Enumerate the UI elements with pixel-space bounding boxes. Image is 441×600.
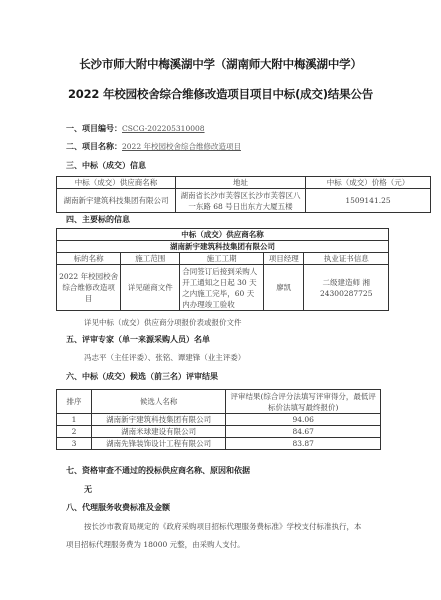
table-header-cell: 排序	[57, 390, 92, 414]
supplier-header-cell: 中标（成交）供应商名称	[57, 229, 389, 241]
table-header-cell: 候选人名称	[91, 390, 226, 414]
project-manager-cell: 廖凯	[264, 265, 304, 311]
section-project-name: 二、项目名称：2022 年校园校舍综合维修改造项目	[66, 141, 241, 152]
rank-cell: 2	[57, 426, 92, 438]
certificate-info-cell: 二级建造师 湘 24300287725	[304, 265, 389, 311]
table-row: 1 湖南新宇建筑科技集团有限公司 94.06	[57, 414, 381, 426]
construction-scope-cell: 详见磋商文件	[121, 265, 180, 311]
project-name-label: 二、项目名称：	[66, 142, 122, 151]
candidate-name-cell: 湖南新宇建筑科技集团有限公司	[91, 414, 226, 426]
table-header-cell: 中标（成交）价格（元）	[306, 177, 431, 189]
rank-cell: 3	[57, 438, 92, 450]
document-title-line2: 2022 年校园校舍综合维修改造项目项目中标(成交)结果公告	[0, 86, 441, 102]
winner-price-cell: 1509141.25	[306, 189, 431, 213]
section-3-heading: 三、中标（成交）信息	[66, 160, 146, 171]
project-name-value: 2022 年校园校舍综合维修改造项目	[122, 142, 241, 151]
table-header-cell: 施工工期	[180, 253, 264, 265]
section-5-heading: 五、评审专家（单一来源采购人员）名单	[66, 334, 210, 345]
project-number-label: 一、项目编号：	[66, 124, 122, 133]
score-cell: 83.87	[226, 438, 381, 450]
project-number-value: CSCG-202205310008	[122, 124, 205, 133]
table-header-cell: 施工范围	[121, 253, 180, 265]
winner-name-cell: 湖南新宇建筑科技集团有限公司	[57, 189, 176, 213]
score-cell: 84.67	[226, 426, 381, 438]
section-4-heading: 四、主要标的信息	[66, 214, 130, 225]
section-7-heading: 七、资格审查不通过的投标供应商名称、原因和依据	[66, 465, 250, 476]
section-project-number: 一、项目编号：CSCG-202205310008	[66, 123, 205, 134]
candidate-results-table: 排序 候选人名称 评审结果(综合评分法填写评审得分，最低评标价法填写最终报价) …	[56, 389, 381, 450]
score-cell: 94.06	[226, 414, 381, 426]
winner-address-cell: 湖南省长沙市芙蓉区长沙市芙蓉区八一东路 68 号日出东方大厦五楼	[176, 189, 306, 213]
table-header-cell: 评审结果(综合评分法填写评审得分，最低评标价法填写最终报价)	[226, 390, 381, 414]
winner-info-table: 中标（成交）供应商名称 地址 中标（成交）价格（元） 湖南新宇建筑科技集团有限公…	[56, 176, 431, 213]
table-row: 2 湖南米球建设有限公司 84.67	[57, 426, 381, 438]
disqualified-none: 无	[84, 484, 92, 495]
table-row: 3 湖南先锋装饰设计工程有限公司 83.87	[57, 438, 381, 450]
fee-text-line2: 项目招标代理服务费为 18000 元整，由采购人支付。	[66, 539, 245, 550]
fee-text-line1: 按长沙市教育局规定的《政府采购项目招标代理服务费标准》学校支付标准执行，本	[84, 521, 362, 532]
rank-cell: 1	[57, 414, 92, 426]
candidate-name-cell: 湖南米球建设有限公司	[91, 426, 226, 438]
table-header-cell: 项目经理	[264, 253, 304, 265]
document-title-line1: 长沙市师大附中梅溪湖中学（湖南师大附中梅溪湖中学）	[0, 56, 441, 72]
table-header-cell: 标的名称	[57, 253, 121, 265]
table-header-cell: 地址	[176, 177, 306, 189]
table-header-cell: 执业证书信息	[304, 253, 389, 265]
quotation-note: 详见中标（成交）供应商分项报价表或报价文件	[84, 317, 242, 328]
expert-list: 冯志平（主任评委）、张铭、谭建锋（业主评委）	[84, 352, 245, 363]
subject-info-table: 中标（成交）供应商名称 湖南新宇建筑科技集团有限公司 标的名称 施工范围 施工工…	[56, 228, 389, 311]
supplier-name-cell: 湖南新宇建筑科技集团有限公司	[57, 241, 389, 253]
subject-name-cell: 2022 年校园校舍综合维修改造项目	[57, 265, 121, 311]
section-8-heading: 八、代理服务收费标准及金额	[66, 502, 170, 513]
construction-period-cell: 合同签订后接到采购人开工通知之日起 30 天之内施工完毕，60 天内办理竣工验收	[180, 265, 264, 311]
candidate-name-cell: 湖南先锋装饰设计工程有限公司	[91, 438, 226, 450]
table-header-cell: 中标（成交）供应商名称	[57, 177, 176, 189]
section-6-heading: 六、中标（成交）候选（前三名）评审结果	[66, 371, 218, 382]
